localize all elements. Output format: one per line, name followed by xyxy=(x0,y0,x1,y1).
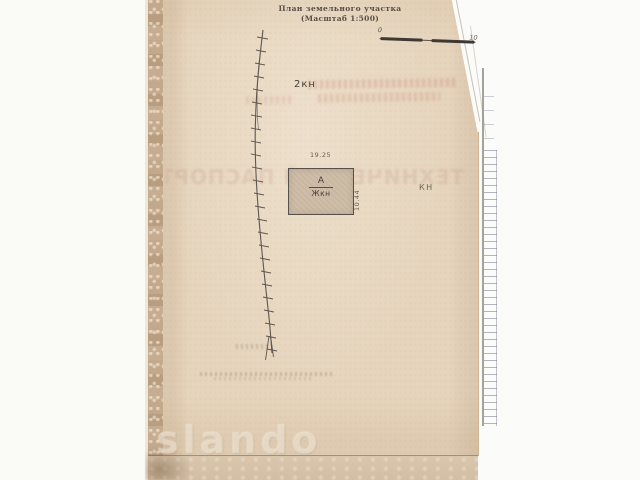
title-line-1: План земельного участка xyxy=(270,4,410,13)
scale-zero-label: 0 xyxy=(378,26,382,34)
building-height-dimension: 10.44 xyxy=(353,177,361,211)
building-outline: А Жкн xyxy=(288,168,354,215)
fence-label-2kn: 2кн xyxy=(294,79,316,90)
site-watermark: slando xyxy=(156,418,322,462)
faint-annotation xyxy=(236,344,270,349)
scanned-land-plot-page: План земельного участка (Масштаб 1:500) … xyxy=(0,0,640,480)
scale-bar: 0 10 xyxy=(377,26,478,48)
page-title: План земельного участка (Масштаб 1:500) xyxy=(270,4,410,23)
building-letter: А xyxy=(289,176,353,186)
paper-sheet xyxy=(163,0,479,456)
building-fraction-line xyxy=(309,187,333,188)
graph-paper-grid xyxy=(484,150,497,426)
faint-annotation-row xyxy=(214,377,314,380)
scale-bar-segment xyxy=(431,39,474,44)
building-width-dimension: 19.25 xyxy=(310,151,331,159)
building-type-label: Жкн xyxy=(289,189,353,198)
faint-annotation-row xyxy=(200,372,332,376)
scan-left-margin xyxy=(0,0,146,480)
graph-paper-ticks xyxy=(484,96,494,150)
scale-bar-segment xyxy=(380,37,422,42)
faded-stamp-text xyxy=(246,96,294,105)
title-scale-note: (Масштаб 1:500) xyxy=(270,14,410,23)
label-kn: КН xyxy=(419,183,434,192)
book-binding-edge xyxy=(148,0,163,480)
